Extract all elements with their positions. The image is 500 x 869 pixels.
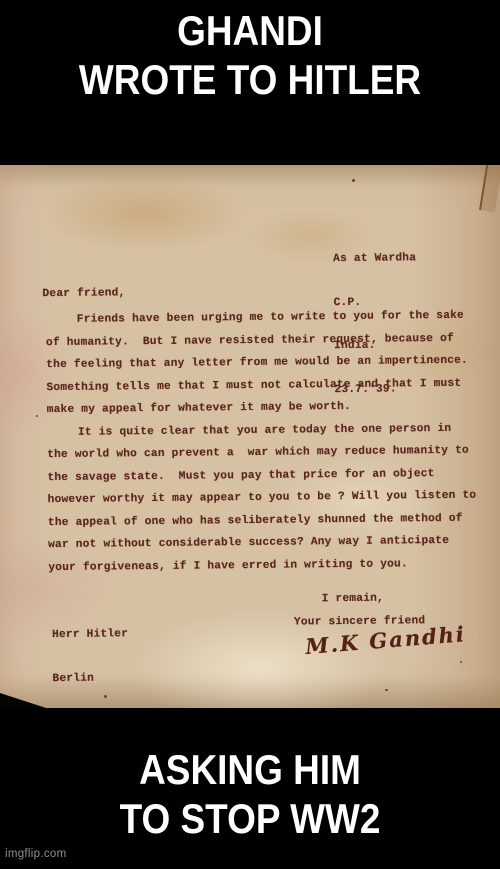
bottom-caption: ASKING HIM TO STOP WW2 bbox=[0, 745, 500, 843]
bottom-caption-line-1: ASKING HIM bbox=[30, 745, 470, 794]
recipient-line: Berlin bbox=[52, 671, 128, 686]
letter-body: Friends have been urging me to write to … bbox=[46, 305, 477, 579]
photo-corner-shadow bbox=[0, 693, 46, 708]
sender-line: As at Wardha bbox=[333, 251, 416, 266]
top-caption-line-1: GHANDI bbox=[30, 6, 470, 55]
bottom-caption-line-2: TO STOP WW2 bbox=[30, 794, 470, 843]
body-line: your forgiveneas, if I have erred in wri… bbox=[48, 552, 477, 579]
recipient-line: Herr Hitler bbox=[52, 627, 128, 642]
body-line: Something tells me that I must not calcu… bbox=[46, 372, 475, 399]
body-line: war not without considerable success? An… bbox=[48, 530, 477, 557]
meme-image: GHANDI WROTE TO HITLER As at Wardha C.P.… bbox=[0, 0, 500, 869]
closing-line: I remain, bbox=[322, 593, 384, 606]
recipient-address: Herr Hitler Berlin Germany. bbox=[52, 598, 130, 708]
imgflip-watermark: imgflip.com bbox=[5, 848, 66, 860]
letter-photo: As at Wardha C.P. India. 23.7.'39. Dear … bbox=[0, 165, 500, 708]
salutation: Dear friend, bbox=[42, 287, 125, 300]
top-caption: GHANDI WROTE TO HITLER bbox=[0, 6, 500, 104]
letter-content: As at Wardha C.P. India. 23.7.'39. Dear … bbox=[0, 165, 500, 708]
top-caption-line-2: WROTE TO HITLER bbox=[30, 55, 470, 104]
